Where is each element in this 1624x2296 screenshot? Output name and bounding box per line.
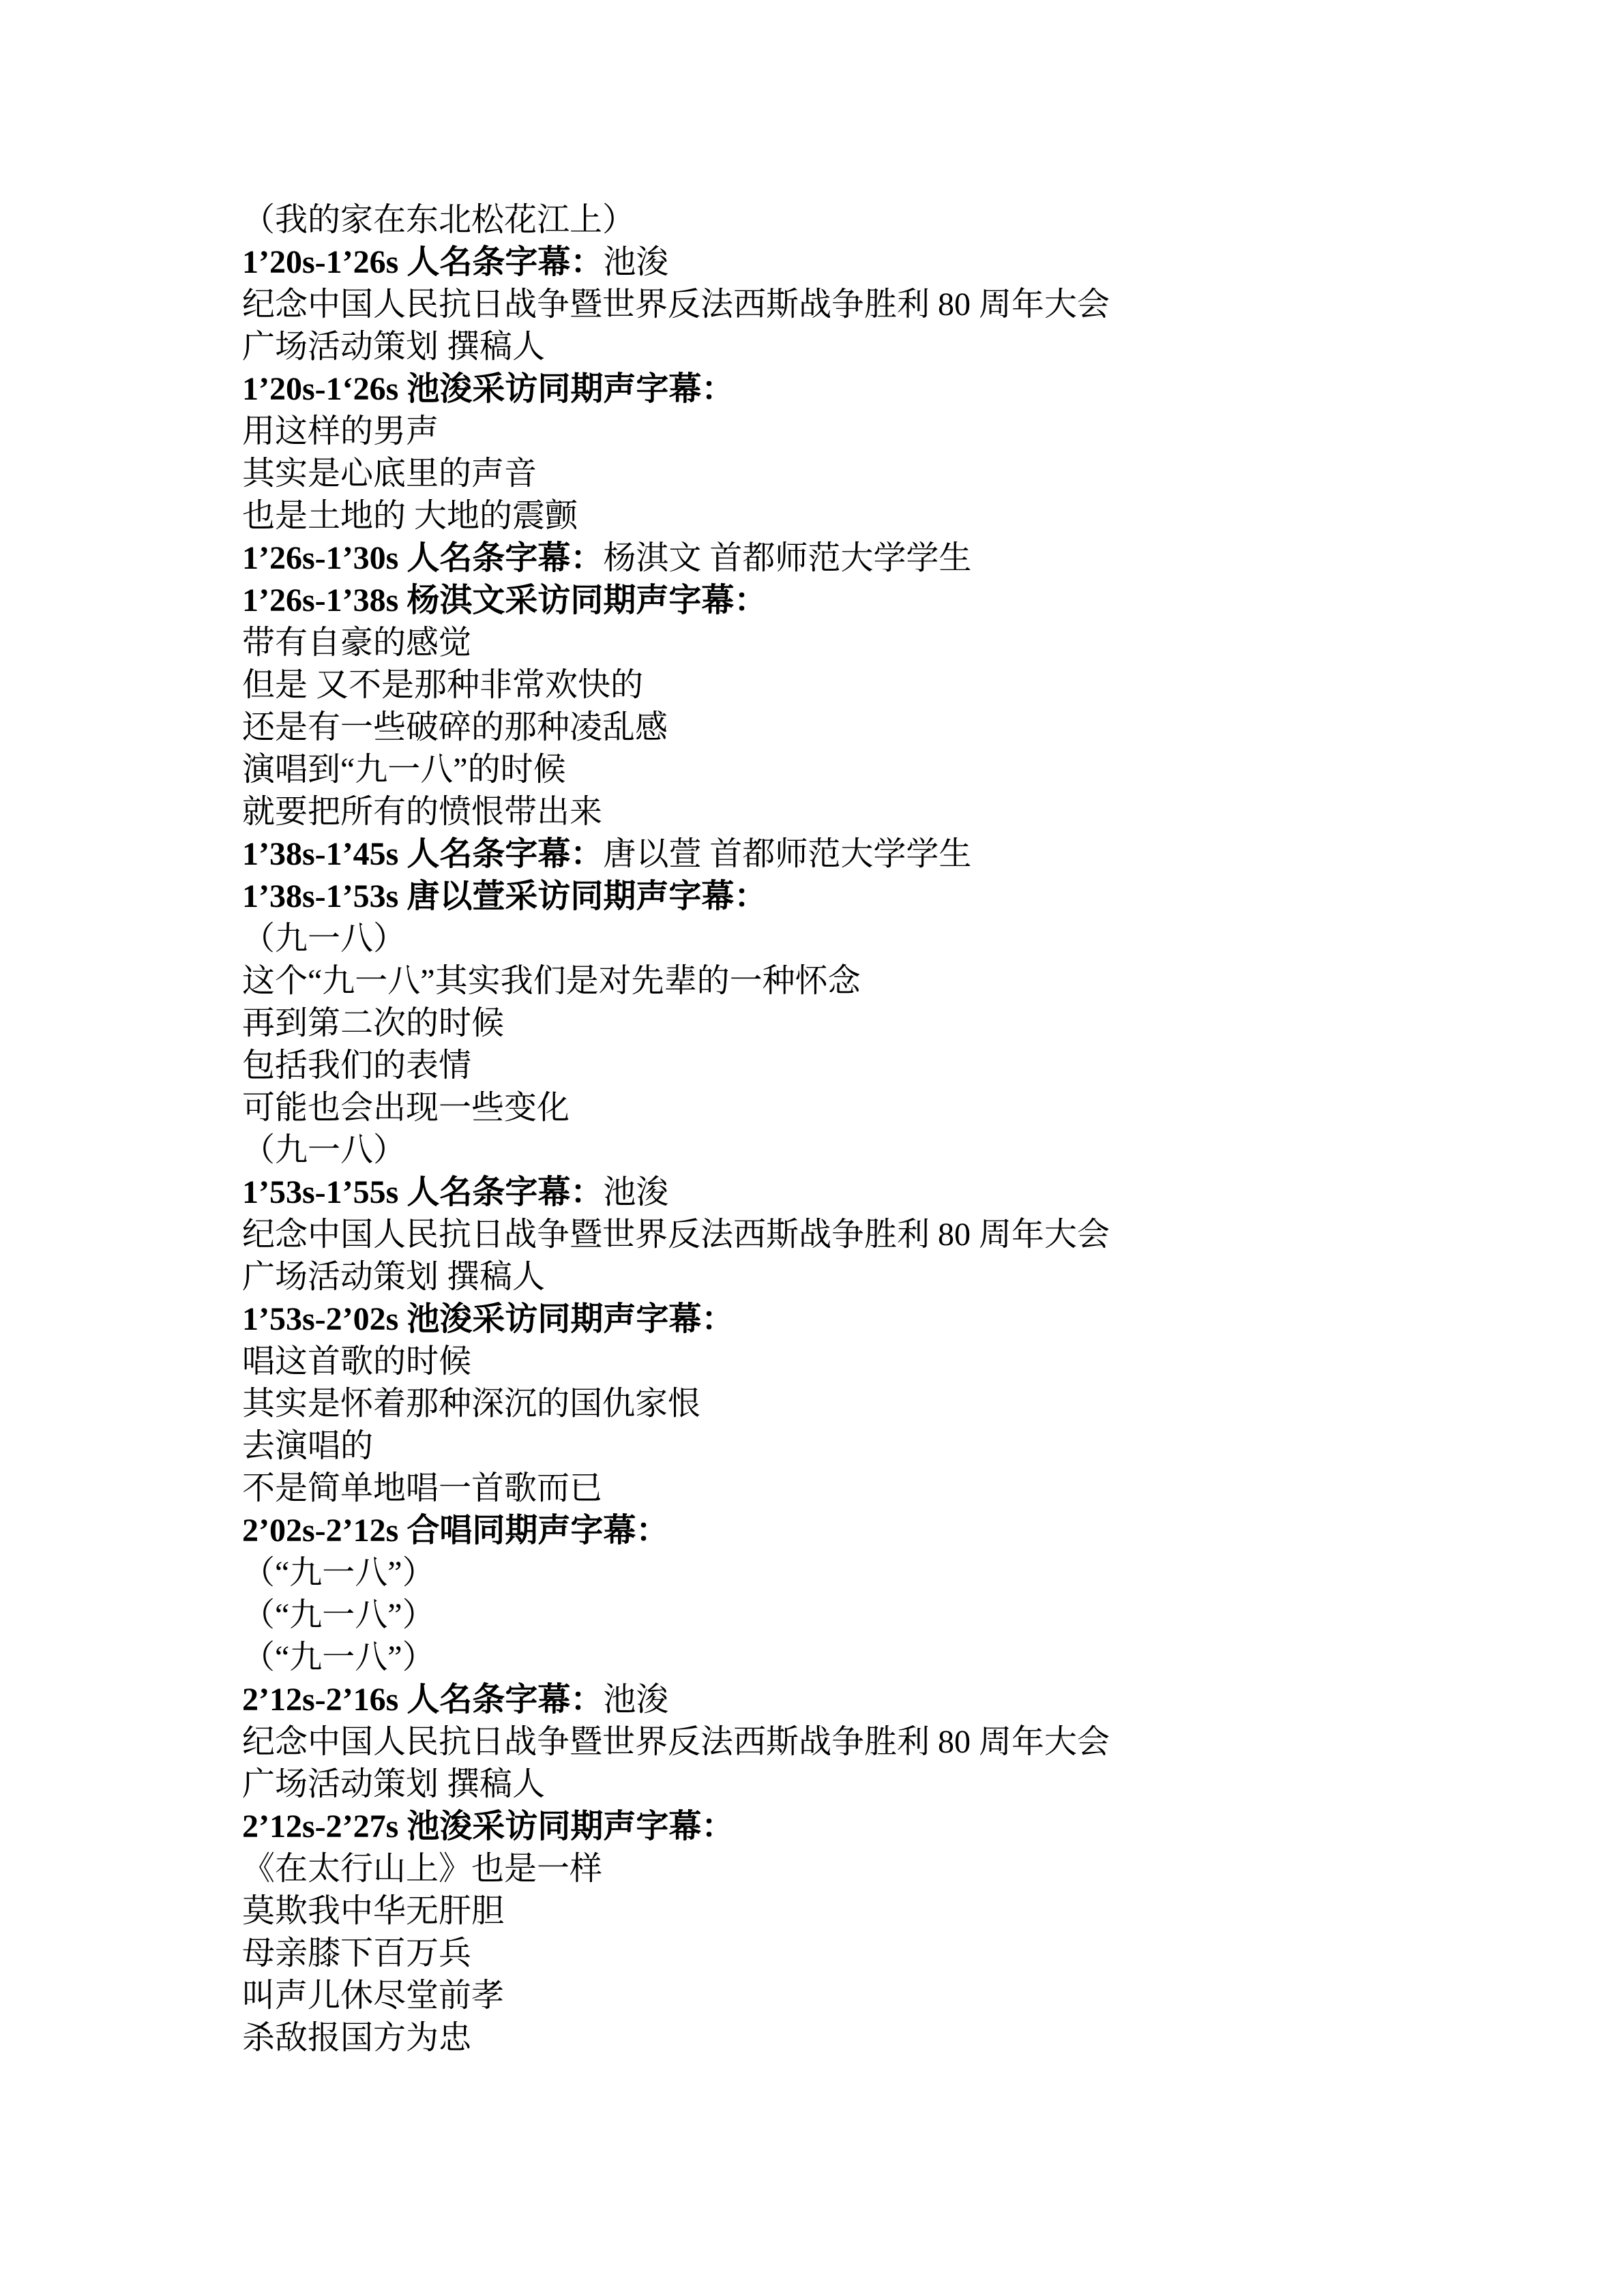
subtitle-text-run: 但是 又不是那种非常欢快的 <box>242 667 643 703</box>
subtitle-text-run: 池浚 <box>603 244 668 280</box>
subtitle-line: （我的家在东北松花江上） <box>242 199 1470 241</box>
subtitle-text-run: （“九一八”） <box>242 1555 435 1591</box>
subtitle-text-run: 去演唱的 <box>242 1428 373 1464</box>
subtitle-text-run: 池浚 <box>603 1174 668 1210</box>
subtitle-line: 其实是心底里的声音 <box>242 453 1470 495</box>
subtitle-line: 纪念中国人民抗日战争暨世界反法西斯战争胜利 80 周年大会 <box>242 1214 1470 1256</box>
subtitle-line: 也是土地的 大地的震颤 <box>242 495 1470 537</box>
subtitle-text-run: 其实是怀着那种深沉的国仇家恨 <box>242 1386 700 1422</box>
subtitle-line: 杀敌报国方为忠 <box>242 2017 1470 2059</box>
timecode-cue-label: 1’38s-1’45s 人名条字幕： <box>242 836 603 872</box>
subtitle-text-run: 唱这首歌的时候 <box>242 1343 471 1380</box>
subtitle-text-run: 叫声儿休尽堂前孝 <box>242 1978 504 2014</box>
subtitle-text-run: 广场活动策划 撰稿人 <box>242 329 545 365</box>
subtitle-text-run: 《在太行山上》也是一样 <box>242 1851 602 1887</box>
subtitle-line: 带有自豪的感觉 <box>242 622 1470 664</box>
subtitle-text-run: （九一八） <box>242 921 406 957</box>
subtitle-text-run: 就要把所有的愤恨带出来 <box>242 794 602 830</box>
cue-name-strip-line: 1’20s-1’26s 人名条字幕：池浚 <box>242 241 1470 284</box>
cue-sync-sound-line: 1’38s-1’53s 唐以萱采访同期声字幕： <box>242 876 1470 918</box>
subtitle-line: 其实是怀着那种深沉的国仇家恨 <box>242 1383 1470 1425</box>
subtitle-line: 这个“九一八”其实我们是对先辈的一种怀念 <box>242 960 1470 1002</box>
subtitle-text-run: （我的家在东北松花江上） <box>242 202 635 238</box>
subtitle-line: （“九一八”） <box>242 1594 1470 1637</box>
subtitle-text-run: （“九一八”） <box>242 1639 435 1675</box>
subtitle-line: 叫声儿休尽堂前孝 <box>242 1975 1470 2017</box>
subtitle-text-run: （“九一八”） <box>242 1597 435 1633</box>
subtitle-text-run: 也是土地的 大地的震颤 <box>242 498 578 534</box>
subtitle-text-run: 纪念中国人民抗日战争暨世界反法西斯战争胜利 80 周年大会 <box>242 1724 1110 1760</box>
cue-name-strip-line: 1’53s-1’55s 人名条字幕：池浚 <box>242 1172 1470 1214</box>
subtitle-text-run: 母亲膝下百万兵 <box>242 1935 471 1971</box>
subtitle-line: 母亲膝下百万兵 <box>242 1933 1470 1975</box>
subtitle-text-run: 带有自豪的感觉 <box>242 625 471 661</box>
cue-name-strip-line: 1’38s-1’45s 人名条字幕：唐以萱 首都师范大学学生 <box>242 833 1470 876</box>
subtitle-line: 再到第二次的时候 <box>242 1002 1470 1045</box>
subtitle-line: 《在太行山上》也是一样 <box>242 1848 1470 1890</box>
subtitle-line: 可能也会出现一些变化 <box>242 1087 1470 1129</box>
subtitle-text-run: 其实是心底里的声音 <box>242 456 537 492</box>
timecode-cue-label: 2’02s-2’12s 合唱同期声字幕： <box>242 1512 668 1549</box>
subtitle-line: 包括我们的表情 <box>242 1045 1470 1087</box>
subtitle-text-run: （九一八） <box>242 1132 406 1168</box>
timecode-cue-label: 2’12s-2’27s 池浚采访同期声字幕： <box>242 1808 734 1845</box>
subtitle-text-run: 纪念中国人民抗日战争暨世界反法西斯战争胜利 80 周年大会 <box>242 286 1110 323</box>
subtitle-line: 用这样的男声 <box>242 411 1470 453</box>
subtitle-line: 广场活动策划 撰稿人 <box>242 1256 1470 1298</box>
subtitle-line: （“九一八”） <box>242 1637 1470 1679</box>
timecode-cue-label: 1’38s-1’53s 唐以萱采访同期声字幕： <box>242 878 767 914</box>
subtitle-line: 但是 又不是那种非常欢快的 <box>242 664 1470 706</box>
cue-sync-sound-line: 1’26s-1’38s 杨淇文采访同期声字幕： <box>242 580 1470 622</box>
timecode-cue-label: 2’12s-2’16s 人名条字幕： <box>242 1682 603 1718</box>
document-page: （我的家在东北松花江上）1’20s-1’26s 人名条字幕：池浚纪念中国人民抗日… <box>0 0 1624 2296</box>
subtitle-text-run: 这个“九一八”其实我们是对先辈的一种怀念 <box>242 963 861 999</box>
cue-name-strip-line: 2’12s-2’16s 人名条字幕：池浚 <box>242 1679 1470 1721</box>
subtitle-text-run: 用这样的男声 <box>242 413 439 449</box>
subtitle-text-run: 广场活动策划 撰稿人 <box>242 1766 545 1802</box>
subtitle-line: 广场活动策划 撰稿人 <box>242 326 1470 368</box>
subtitle-text-run: 再到第二次的时候 <box>242 1005 504 1041</box>
subtitle-line: 去演唱的 <box>242 1425 1470 1467</box>
subtitle-line: 不是简单地唱一首歌而已 <box>242 1467 1470 1510</box>
subtitle-text-run: 杀敌报国方为忠 <box>242 2020 471 2056</box>
subtitle-line: 纪念中国人民抗日战争暨世界反法西斯战争胜利 80 周年大会 <box>242 1721 1470 1763</box>
timecode-cue-label: 1’26s-1’30s 人名条字幕： <box>242 540 603 576</box>
timecode-cue-label: 1’20s-1’26s 人名条字幕： <box>242 244 603 280</box>
subtitle-line: 广场活动策划 撰稿人 <box>242 1763 1470 1806</box>
subtitle-text-run: 纪念中国人民抗日战争暨世界反法西斯战争胜利 80 周年大会 <box>242 1217 1110 1253</box>
subtitle-line: 还是有一些破碎的那种凌乱感 <box>242 706 1470 749</box>
subtitle-line: 就要把所有的愤恨带出来 <box>242 791 1470 833</box>
subtitle-line: （九一八） <box>242 918 1470 960</box>
timecode-cue-label: 1’53s-2’02s 池浚采访同期声字幕： <box>242 1301 734 1337</box>
subtitle-text-run: 可能也会出现一些变化 <box>242 1090 570 1126</box>
subtitle-line: （“九一八”） <box>242 1552 1470 1594</box>
cue-sync-sound-line: 2’12s-2’27s 池浚采访同期声字幕： <box>242 1806 1470 1848</box>
cue-name-strip-line: 1’26s-1’30s 人名条字幕：杨淇文 首都师范大学学生 <box>242 537 1470 580</box>
subtitle-text-run: 演唱到“九一八”的时候 <box>242 751 566 788</box>
cue-sync-sound-line: 2’02s-2’12s 合唱同期声字幕： <box>242 1510 1470 1552</box>
cue-sync-sound-line: 1’20s-1‘26s 池浚采访同期声字幕： <box>242 368 1470 411</box>
subtitle-text-run: 不是简单地唱一首歌而已 <box>242 1470 602 1506</box>
subtitle-line: （九一八） <box>242 1129 1470 1172</box>
subtitle-line: 莫欺我中华无肝胆 <box>242 1890 1470 1933</box>
subtitle-line: 纪念中国人民抗日战争暨世界反法西斯战争胜利 80 周年大会 <box>242 284 1470 326</box>
timecode-cue-label: 1’53s-1’55s 人名条字幕： <box>242 1174 603 1210</box>
subtitle-line: 唱这首歌的时候 <box>242 1341 1470 1383</box>
subtitle-text-run: 广场活动策划 撰稿人 <box>242 1259 545 1295</box>
subtitle-line: 演唱到“九一八”的时候 <box>242 749 1470 791</box>
subtitle-text-run: 杨淇文 首都师范大学学生 <box>603 540 971 576</box>
subtitle-text-run: 包括我们的表情 <box>242 1047 471 1084</box>
timecode-cue-label: 1’20s-1‘26s 池浚采访同期声字幕： <box>242 371 734 407</box>
transcript-content: （我的家在东北松花江上）1’20s-1’26s 人名条字幕：池浚纪念中国人民抗日… <box>242 199 1470 2059</box>
cue-sync-sound-line: 1’53s-2’02s 池浚采访同期声字幕： <box>242 1298 1470 1341</box>
subtitle-text-run: 莫欺我中华无肝胆 <box>242 1893 504 1929</box>
subtitle-text-run: 还是有一些破碎的那种凌乱感 <box>242 709 668 745</box>
timecode-cue-label: 1’26s-1’38s 杨淇文采访同期声字幕： <box>242 582 767 618</box>
subtitle-text-run: 唐以萱 首都师范大学学生 <box>603 836 971 872</box>
subtitle-text-run: 池浚 <box>603 1682 668 1718</box>
